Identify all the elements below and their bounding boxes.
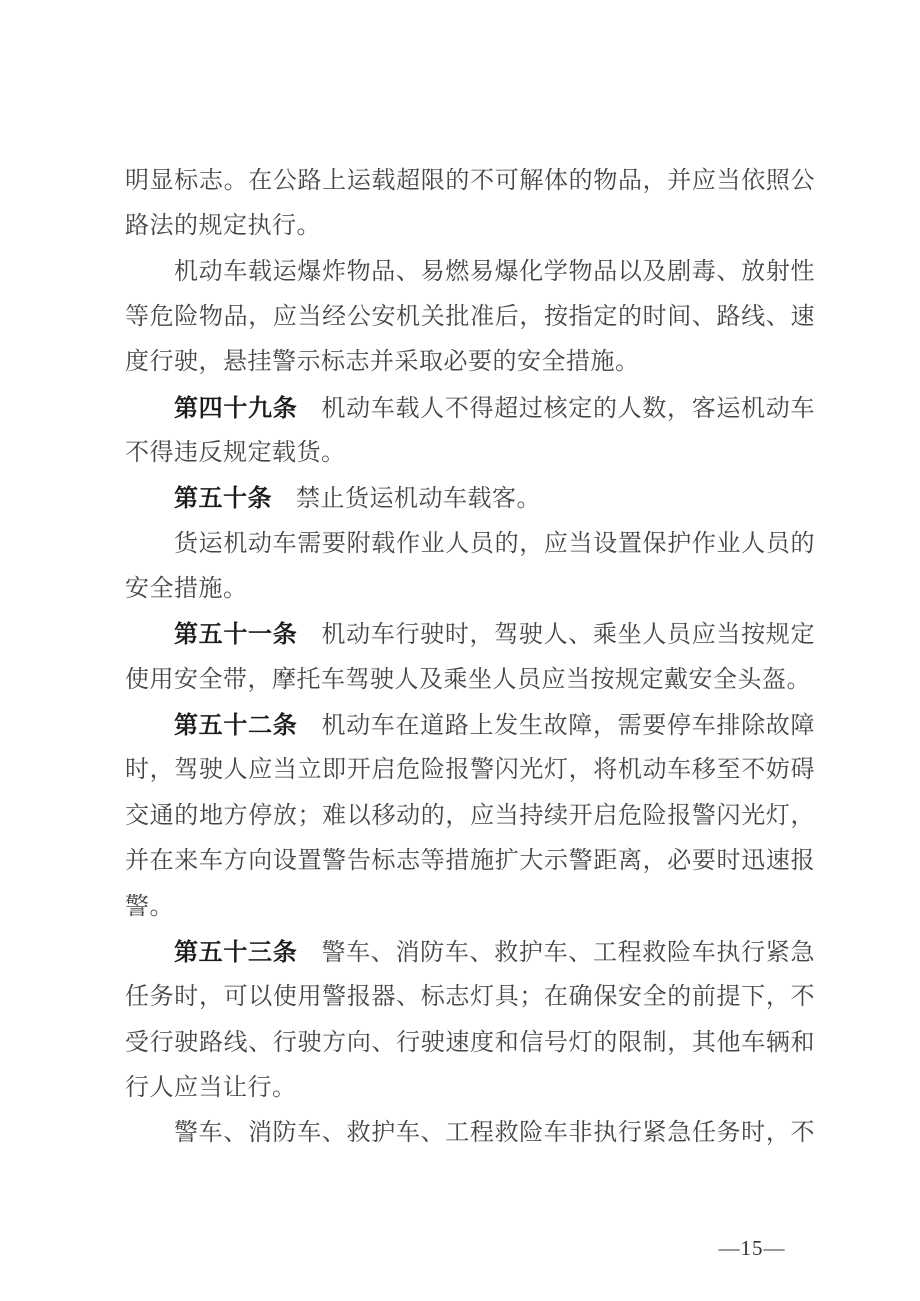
article-number: 第五十二条: [174, 712, 297, 739]
line-text: 任务时，可以使用警报器、标志灯具；在确保安全的前提下，不: [125, 984, 815, 1010]
line-text: 警车、消防车、救护车、工程救险车非执行紧急任务时，不: [174, 1120, 815, 1146]
text-line: 使用安全带，摩托车驾驶人及乘坐人员应当按规定戴安全头盔。: [125, 658, 815, 703]
text-line: 安全措施。: [125, 567, 815, 612]
text-line: 行人应当让行。: [125, 1066, 815, 1111]
text-line: 受行驶路线、行驶方向、行驶速度和信号灯的限制，其他车辆和: [125, 1021, 815, 1066]
text-line-article-50: 第五十条禁止货运机动车载客。: [125, 476, 815, 521]
text-line: 不得违反规定载货。: [125, 431, 815, 476]
article-number: 第四十九条: [174, 395, 297, 422]
text-line: 交通的地方停放；难以移动的，应当持续开启危险报警闪光灯，: [125, 794, 815, 839]
line-text: 不得违反规定载货。: [125, 440, 346, 466]
line-text: 并在来车方向设置警告标志等措施扩大示警距离，必要时迅速报: [125, 848, 815, 874]
line-text: 行人应当让行。: [125, 1075, 297, 1101]
text-line-article-51: 第五十一条机动车行驶时，驾驶人、乘坐人员应当按规定: [125, 612, 815, 657]
text-line: 任务时，可以使用警报器、标志灯具；在确保安全的前提下，不: [125, 975, 815, 1020]
line-text: 受行驶路线、行驶方向、行驶速度和信号灯的限制，其他车辆和: [125, 1030, 815, 1056]
text-line: 货运机动车需要附载作业人员的，应当设置保护作业人员的: [125, 522, 815, 567]
text-line: 机动车载运爆炸物品、易燃易爆化学物品以及剧毒、放射性: [125, 250, 815, 295]
text-line-article-52: 第五十二条机动车在道路上发生故障，需要停车排除故障: [125, 703, 815, 748]
text-line: 警车、消防车、救护车、工程救险车非执行紧急任务时，不: [125, 1111, 815, 1156]
law-text-block: 明显标志。在公路上运载超限的不可解体的物品，并应当依照公 路法的规定执行。 机动…: [125, 159, 815, 1157]
text-line: 警。: [125, 885, 815, 930]
text-line: 并在来车方向设置警告标志等措施扩大示警距离，必要时迅速报: [125, 839, 815, 884]
article-number: 第五十三条: [174, 939, 297, 966]
line-text: 警车、消防车、救护车、工程救险车执行紧急: [321, 940, 815, 966]
text-line: 度行驶，悬挂警示标志并采取必要的安全措施。: [125, 340, 815, 385]
line-text: 安全措施。: [125, 576, 248, 602]
line-text: 路法的规定执行。: [125, 213, 321, 239]
text-line: 时，驾驶人应当立即开启危险报警闪光灯，将机动车移至不妨碍: [125, 748, 815, 793]
line-text: 机动车在道路上发生故障，需要停车排除故障: [321, 713, 815, 739]
line-text: 机动车载人不得超过核定的人数，客运机动车: [321, 396, 815, 422]
line-text: 使用安全带，摩托车驾驶人及乘坐人员应当按规定戴安全头盔。: [125, 667, 811, 693]
line-text: 机动车载运爆炸物品、易燃易爆化学物品以及剧毒、放射性: [174, 259, 815, 285]
line-text: 明显标志。在公路上运载超限的不可解体的物品，并应当依照公: [125, 168, 815, 194]
line-text: 警。: [125, 894, 174, 920]
line-text: 禁止货运机动车载客。: [296, 486, 541, 512]
line-text: 交通的地方停放；难以移动的，应当持续开启危险报警闪光灯，: [125, 803, 815, 829]
text-line-article-49: 第四十九条机动车载人不得超过核定的人数，客运机动车: [125, 386, 815, 431]
line-text: 等危险物品，应当经公安机关批准后，按指定的时间、路线、速: [125, 304, 815, 330]
line-text: 机动车行驶时，驾驶人、乘坐人员应当按规定: [321, 622, 815, 648]
text-line: 路法的规定执行。: [125, 204, 815, 249]
article-number: 第五十一条: [174, 621, 297, 648]
line-text: 度行驶，悬挂警示标志并采取必要的安全措施。: [125, 349, 640, 375]
document-page: 明显标志。在公路上运载超限的不可解体的物品，并应当依照公 路法的规定执行。 机动…: [0, 0, 920, 1301]
text-line-article-53: 第五十三条警车、消防车、救护车、工程救险车执行紧急: [125, 930, 815, 975]
article-number: 第五十条: [174, 485, 272, 512]
line-text: 时，驾驶人应当立即开启危险报警闪光灯，将机动车移至不妨碍: [125, 757, 815, 783]
line-text: 货运机动车需要附载作业人员的，应当设置保护作业人员的: [174, 531, 815, 557]
text-line: 明显标志。在公路上运载超限的不可解体的物品，并应当依照公: [125, 159, 815, 204]
page-number: —15—: [702, 1236, 802, 1261]
text-line: 等危险物品，应当经公安机关批准后，按指定的时间、路线、速: [125, 295, 815, 340]
